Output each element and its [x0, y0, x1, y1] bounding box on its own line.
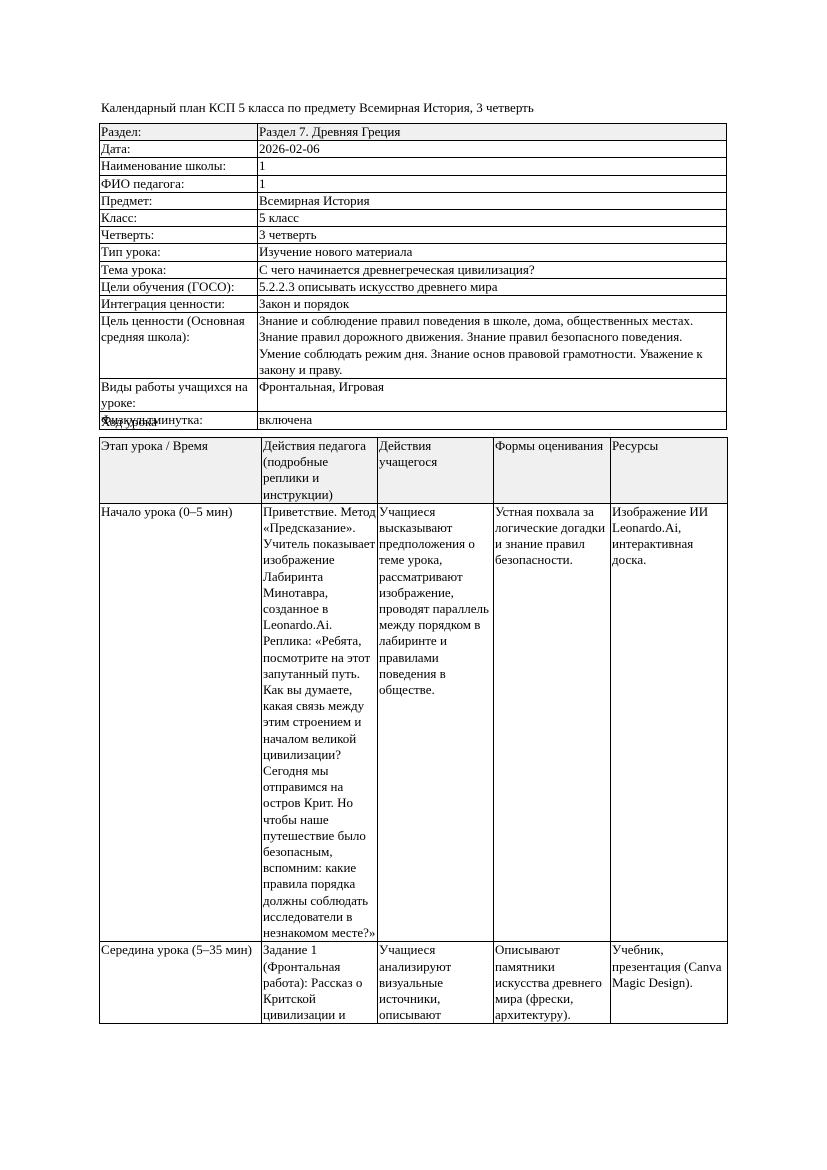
- info-row: Предмет:Всемирная История: [100, 192, 727, 209]
- lesson-flow-title: Ход урока: [101, 414, 157, 430]
- table-cell: Устная похвала за логические догадки и з…: [494, 503, 611, 941]
- info-value: Всемирная История: [258, 192, 727, 209]
- info-label: Наименование школы:: [100, 158, 258, 175]
- info-value: Знание и соблюдение правил поведения в ш…: [258, 313, 727, 379]
- table-row: Середина урока (5–35 мин)Задание 1 (Фрон…: [100, 942, 728, 1024]
- info-row: Физкультминутка:включена: [100, 412, 727, 429]
- info-value: 3 четверть: [258, 227, 727, 244]
- info-row: Наименование школы:1: [100, 158, 727, 175]
- table-cell: Задание 1 (Фронтальная работа): Рассказ …: [262, 942, 378, 1024]
- table-cell: Приветствие. Метод «Предсказание». Учите…: [262, 503, 378, 941]
- info-label: Цели обучения (ГОСО):: [100, 278, 258, 295]
- info-value: 1: [258, 158, 727, 175]
- info-value: включена: [258, 412, 727, 429]
- info-label: Предмет:: [100, 192, 258, 209]
- info-label: Виды работы учащихся на уроке:: [100, 379, 258, 412]
- info-row: Четверть:3 четверть: [100, 227, 727, 244]
- info-row: Тип урока:Изучение нового материала: [100, 244, 727, 261]
- info-row: Дата:2026-02-06: [100, 141, 727, 158]
- info-row: Класс:5 класс: [100, 210, 727, 227]
- info-label: Интеграция ценности:: [100, 296, 258, 313]
- table-cell: Учащиеся анализируют визуальные источник…: [378, 942, 494, 1024]
- info-row: Цели обучения (ГОСО):5.2.2.3 описывать и…: [100, 278, 727, 295]
- info-row: Раздел:Раздел 7. Древняя Греция: [100, 124, 727, 141]
- info-value: 5.2.2.3 описывать искусство древнего мир…: [258, 278, 727, 295]
- column-header: Действия педагога (подробные реплики и и…: [262, 438, 378, 504]
- table-cell: Начало урока (0–5 мин): [100, 503, 262, 941]
- column-header: Действия учащегося: [378, 438, 494, 504]
- info-value: Закон и порядок: [258, 296, 727, 313]
- info-label: Тип урока:: [100, 244, 258, 261]
- info-label: Дата:: [100, 141, 258, 158]
- info-row: Интеграция ценности:Закон и порядок: [100, 296, 727, 313]
- info-label: Раздел:: [100, 124, 258, 141]
- lesson-info-table: Раздел:Раздел 7. Древняя ГрецияДата:2026…: [99, 123, 727, 430]
- info-label: Четверть:: [100, 227, 258, 244]
- table-cell: Описывают памятники искусства древнего м…: [494, 942, 611, 1024]
- info-row: Виды работы учащихся на уроке:Фронтальна…: [100, 379, 727, 412]
- column-header: Формы оценивания: [494, 438, 611, 504]
- info-value: 5 класс: [258, 210, 727, 227]
- info-value: 1: [258, 175, 727, 192]
- info-value: 2026-02-06: [258, 141, 727, 158]
- lesson-flow-table: Этап урока / ВремяДействия педагога (под…: [99, 437, 728, 1024]
- info-row: Цель ценности (Основная средняя школа):З…: [100, 313, 727, 379]
- table-cell: Середина урока (5–35 мин): [100, 942, 262, 1024]
- info-label: Тема урока:: [100, 261, 258, 278]
- table-cell: Учебник, презентация (Canva Magic Design…: [611, 942, 728, 1024]
- info-row: ФИО педагога:1: [100, 175, 727, 192]
- table-header-row: Этап урока / ВремяДействия педагога (под…: [100, 438, 728, 504]
- info-value: С чего начинается древнегреческая цивили…: [258, 261, 727, 278]
- table-row: Начало урока (0–5 мин)Приветствие. Метод…: [100, 503, 728, 941]
- info-value: Фронтальная, Игровая: [258, 379, 727, 412]
- info-value: Раздел 7. Древняя Греция: [258, 124, 727, 141]
- column-header: Этап урока / Время: [100, 438, 262, 504]
- info-label: Класс:: [100, 210, 258, 227]
- info-label: Цель ценности (Основная средняя школа):: [100, 313, 258, 379]
- table-cell: Изображение ИИ Leonardo.Ai, интерактивна…: [611, 503, 728, 941]
- page-title: Календарный план КСП 5 класса по предмет…: [101, 100, 534, 116]
- table-cell: Учащиеся высказывают предположения о тем…: [378, 503, 494, 941]
- info-label: ФИО педагога:: [100, 175, 258, 192]
- info-value: Изучение нового материала: [258, 244, 727, 261]
- column-header: Ресурсы: [611, 438, 728, 504]
- info-row: Тема урока:С чего начинается древнегрече…: [100, 261, 727, 278]
